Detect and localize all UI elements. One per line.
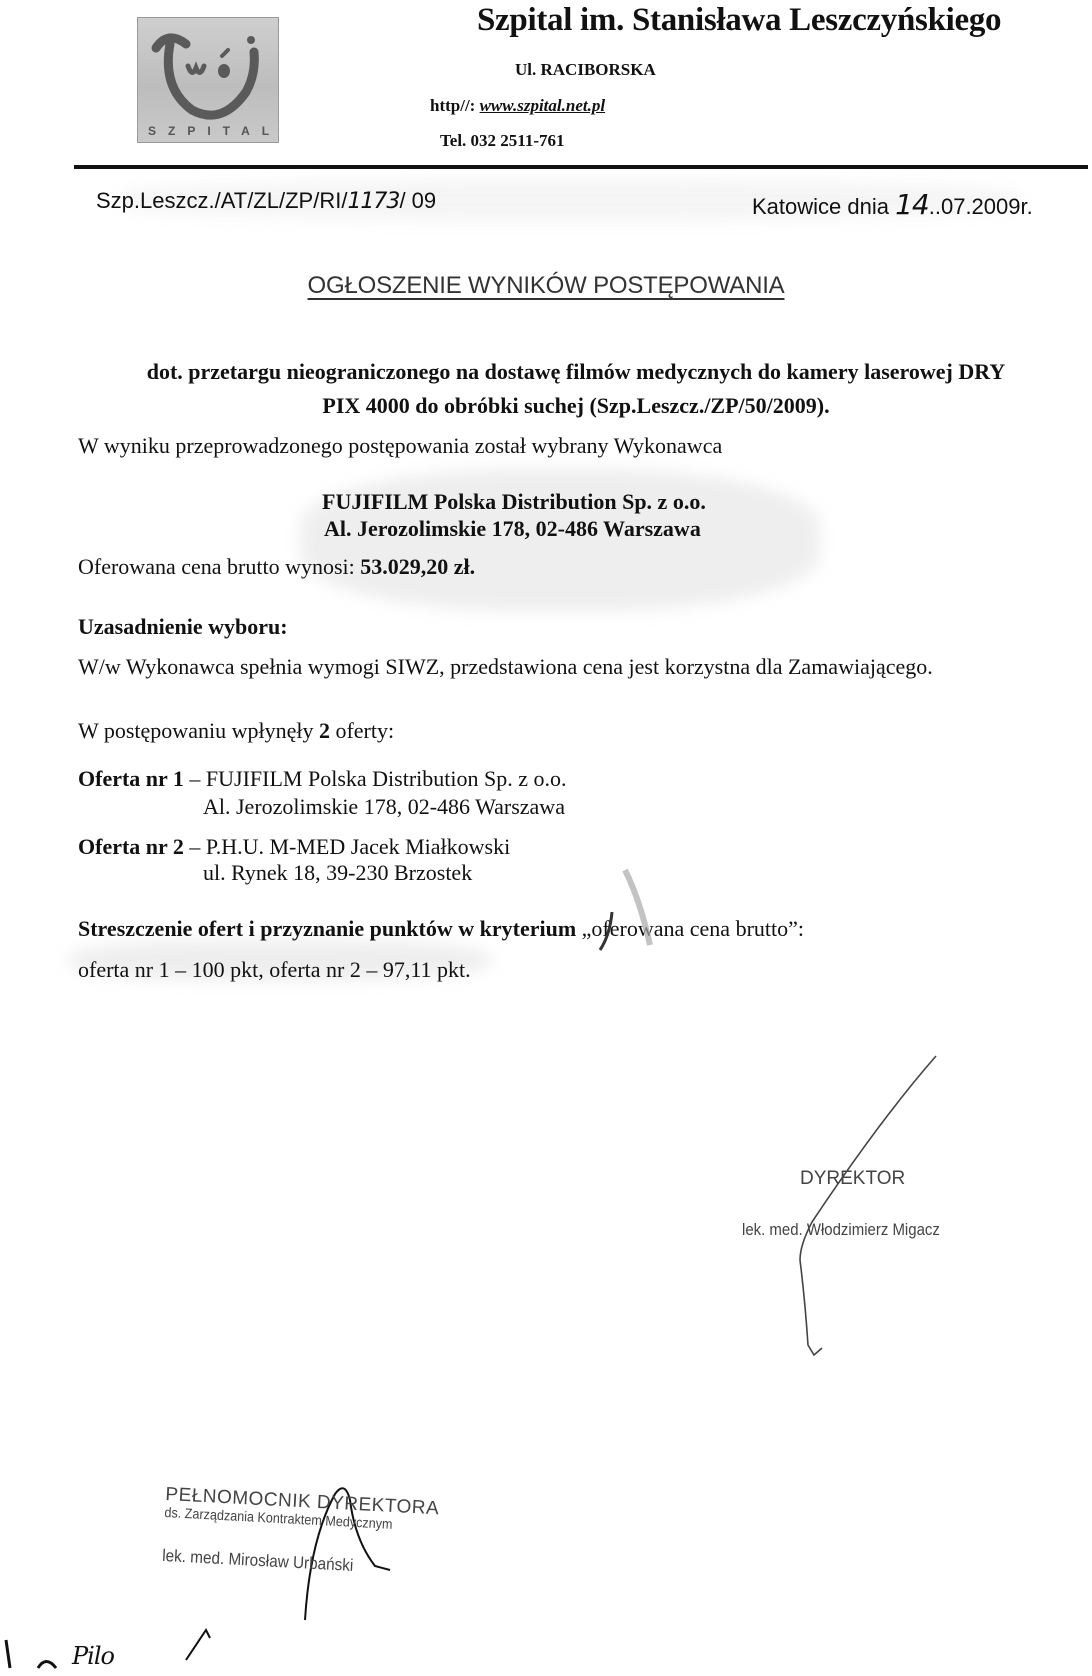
handwritten-signature-strokes [0, 0, 1092, 1676]
handwritten-initials: Pilo [72, 1642, 114, 1670]
director-stamp-name: lek. med. Włodzimierz Migacz [742, 1220, 940, 1240]
director-stamp-title: DYREKTOR [800, 1168, 905, 1190]
proxy-stamp: PEŁNOMOCNIK DYREKTORA ds. Zarządzania Ko… [162, 1484, 440, 1580]
